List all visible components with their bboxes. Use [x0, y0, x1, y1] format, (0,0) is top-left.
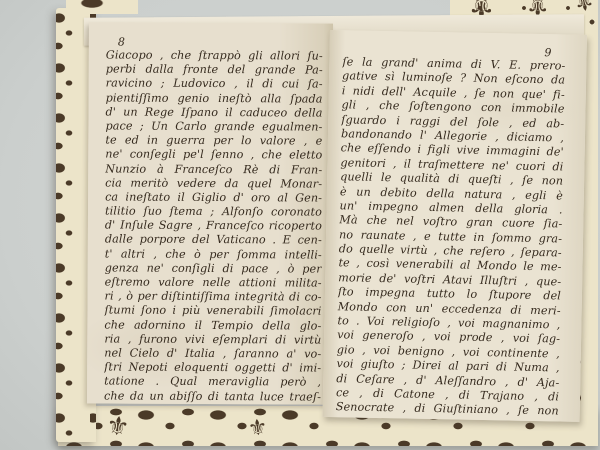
- text-line: pace ; Un Carlo grande egualmen-: [105, 119, 322, 134]
- text-line: pientiſſimo genio ineſtò alla ſpada: [106, 91, 323, 106]
- text-line: dalle porpore del Vaticano . E cen-: [105, 233, 322, 248]
- text-line: ſtri Nepoti eloquenti oggetti d' imi-: [104, 361, 321, 376]
- text-line: che da un abiſſo di tanta luce traeſ-: [104, 389, 321, 404]
- text-line: tatione . Qual meraviglia però ,: [104, 375, 321, 390]
- fleur-de-lis-icon: ⚜: [104, 413, 131, 442]
- cover-pattern-top-left: [66, 0, 138, 14]
- text-line: cia meritò vedere da quel Monar-: [105, 176, 322, 191]
- text-line: ria , furono vivi eſemplari di virtù: [104, 332, 321, 347]
- text-line: ca ineſtato il Giglio d' oro al Gen-: [105, 190, 322, 205]
- fleur-de-lis-icon: ⚜: [572, 0, 595, 14]
- text-line: Nunzio à Franceſco Rè di Fran-: [105, 162, 322, 177]
- book-page-left: 8 Giacopo , che ſtrappò gli allori ſu-pe…: [87, 22, 333, 404]
- text-line: ravicino ; Ludovico , il di cui ſa-: [106, 77, 323, 92]
- fleur-de-lis-icon: ⚜: [247, 417, 269, 441]
- text-line: genza ne' conſigli di pace , ò per: [105, 261, 322, 276]
- book-photograph: ⚜ ⚜ ⚜ ⚜ ⚜ 8 Giacopo , che ſtrappò gli al…: [0, 0, 600, 450]
- text-line: ne' conſegli pe'l ſenno , che eletto: [105, 148, 322, 163]
- text-line: te ed in guerra per lo valore , e: [105, 134, 322, 149]
- text-line: t' altri , che ò per ſomma intelli-: [105, 247, 322, 262]
- text-line: nel Cielo d' Italia , ſaranno a' vo-: [104, 346, 321, 361]
- text-line: ſtumi ſono i più venerabili ſimolacri: [104, 304, 321, 319]
- text-line: Giacopo , che ſtrappò gli allori ſu-: [106, 48, 323, 63]
- text-line: eſtremo valore nelle attioni milita-: [105, 275, 322, 290]
- text-line: d' Inſule Sagre , Franceſco ricoperto: [105, 219, 322, 234]
- page-text: Giacopo , che ſtrappò gli allori ſu-perb…: [104, 48, 323, 404]
- book-page-right: 9 ſe la grand' anima di V. E. prero-gati…: [323, 30, 587, 422]
- text-line: che adornino il Tempio della glo-: [104, 318, 321, 333]
- text-line: d' un Rege Iſpano il caduceo della: [105, 105, 322, 120]
- text-line: tilitio ſuo ſtema ; Alfonſo coronato: [105, 205, 322, 220]
- text-line: perbi dalla fronte del grande Pa-: [106, 63, 323, 78]
- page-text: ſe la grand' anima di V. E. prero-gative…: [336, 55, 566, 419]
- text-line: ri , ò per diſtintiſſima integrità di co…: [105, 290, 322, 305]
- page-number: 8: [106, 35, 323, 49]
